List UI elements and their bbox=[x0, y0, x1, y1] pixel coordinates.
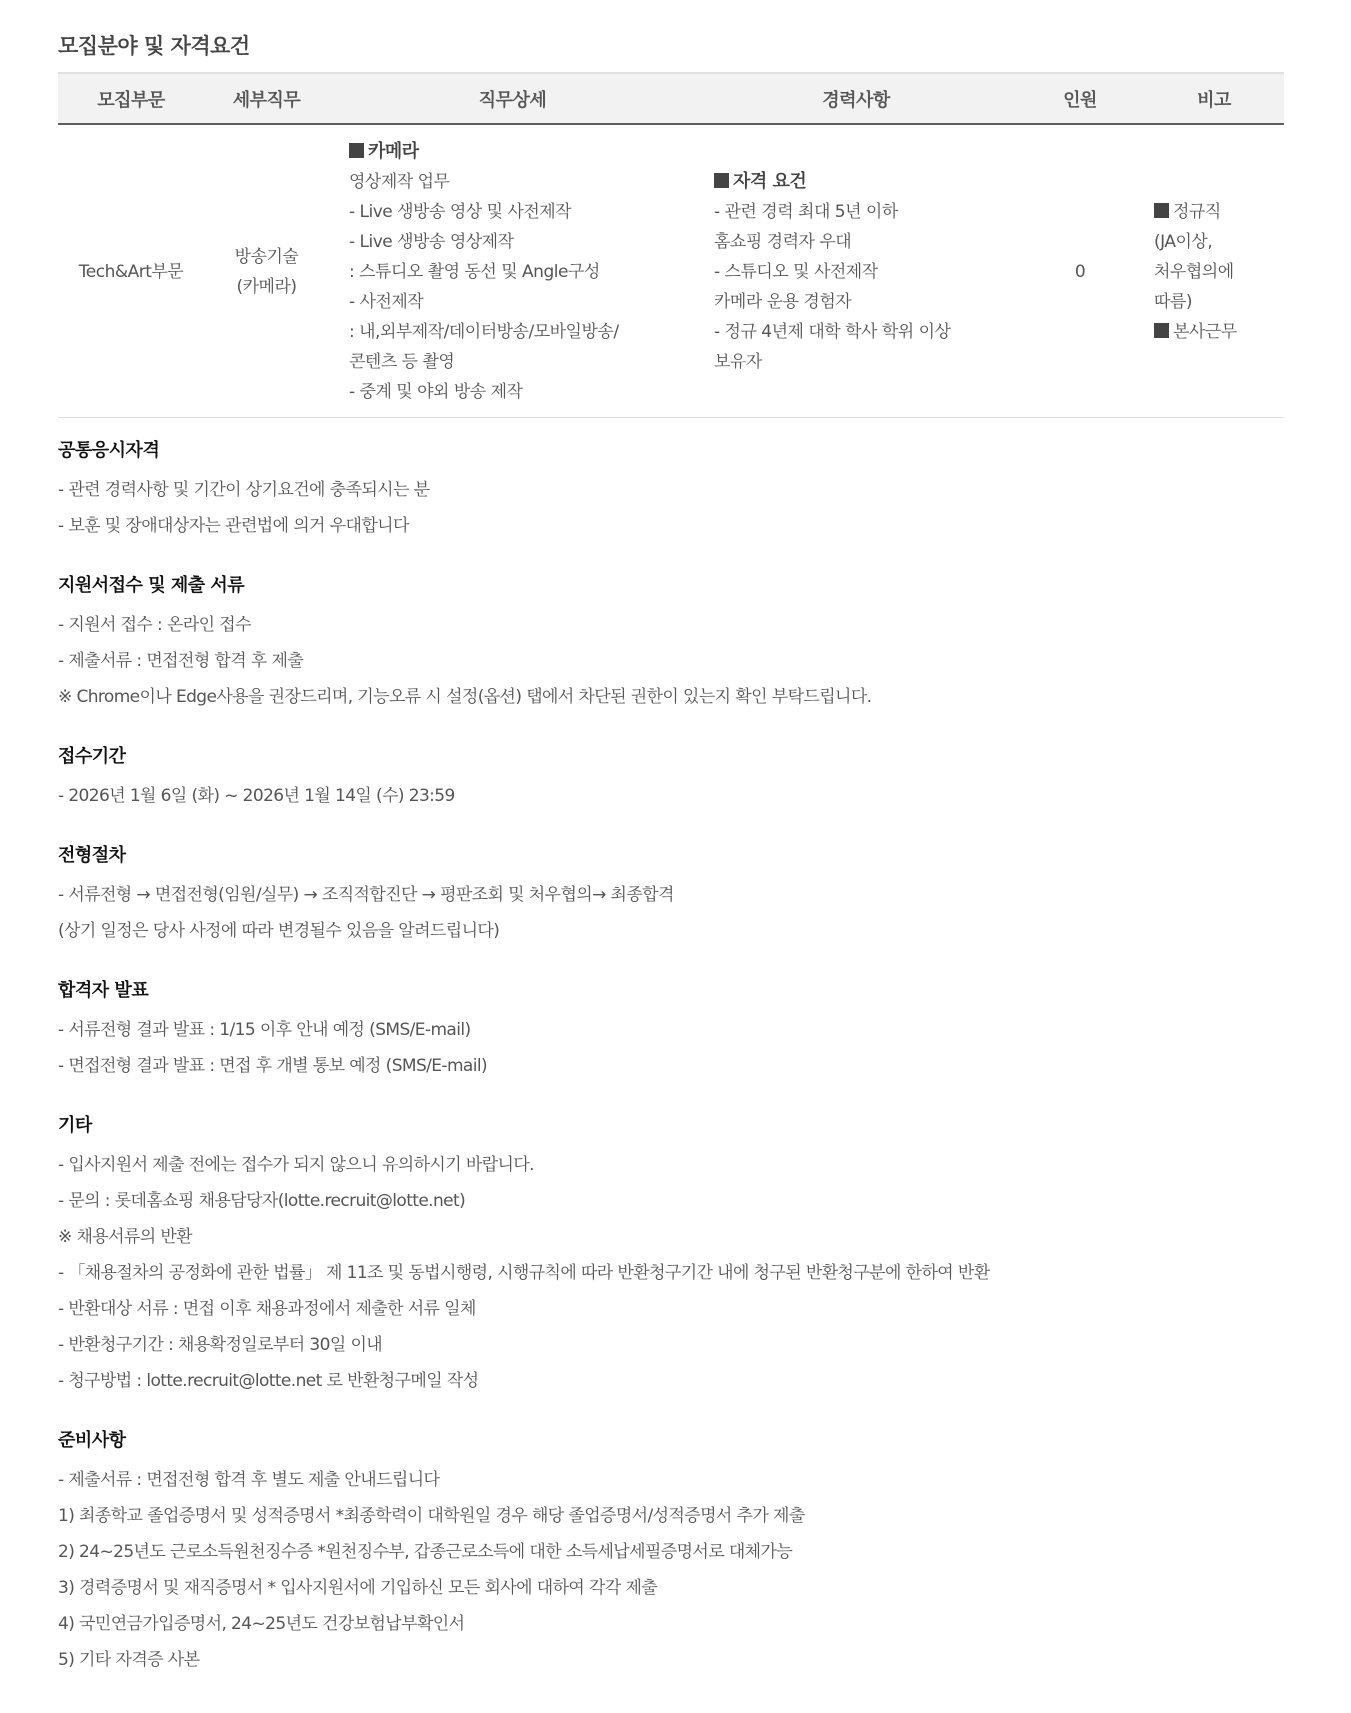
recruitment-table: 모집부문 세부직무 직무상세 경력사항 인원 비고 Tech&Art부문 방송기… bbox=[58, 72, 1284, 418]
header-division: 모집부문 bbox=[58, 73, 204, 124]
square-bullet-icon bbox=[714, 173, 729, 188]
detail-heading: 카메라 bbox=[349, 137, 696, 167]
section-selection-process: 전형절차 - 서류전형 → 면접전형(임원/실무) → 조직적합진단 → 평판조… bbox=[58, 841, 1284, 949]
section-line: ※ 채용서류의 반환 bbox=[58, 1219, 1284, 1255]
employment-type-detail: 따름) bbox=[1154, 287, 1284, 317]
section-line: - 서류전형 결과 발표 : 1/15 이후 안내 예정 (SMS/E-mail… bbox=[58, 1012, 1284, 1048]
section-line: - 청구방법 : lotte.recruit@lotte.net 로 반환청구메… bbox=[58, 1363, 1284, 1399]
section-title: 합격자 발표 bbox=[58, 976, 1284, 1012]
job-detail-cell: 카메라 영상제작 업무 - Live 생방송 영상 및 사전제작 - Live … bbox=[329, 124, 696, 418]
career-line: 카메라 운용 경험자 bbox=[714, 287, 1016, 317]
section-common-qualifications: 공통응시자격 - 관련 경력사항 및 기간이 상기요건에 충족되시는 분 - 보… bbox=[58, 436, 1284, 544]
section-title: 접수기간 bbox=[58, 742, 1284, 778]
detail-line: - 중계 및 야외 방송 제작 bbox=[349, 377, 696, 407]
section-line: 3) 경력증명서 및 재직증명서 * 입사지원서에 기입하신 모든 회사에 대하… bbox=[58, 1570, 1284, 1606]
section-line: - 제출서류 : 면접전형 합격 후 별도 제출 안내드립니다 bbox=[58, 1462, 1284, 1498]
career-line: - 스튜디오 및 사전제작 bbox=[714, 257, 1016, 287]
detail-line: : 스튜디오 촬영 동선 및 Angle구성 bbox=[349, 257, 696, 287]
section-title: 기타 bbox=[58, 1111, 1284, 1147]
career-line: - 관련 경력 최대 5년 이하 bbox=[714, 197, 1016, 227]
career-line: 홈쇼핑 경력자 우대 bbox=[714, 227, 1016, 257]
career-line: 보유자 bbox=[714, 347, 1016, 377]
header-career: 경력사항 bbox=[696, 73, 1016, 124]
header-headcount: 인원 bbox=[1016, 73, 1144, 124]
detail-line: - 사전제작 bbox=[349, 287, 696, 317]
section-line: (상기 일정은 당사 사정에 따라 변경될수 있음을 알려드립니다) bbox=[58, 913, 1284, 949]
employment-type-text: 정규직 bbox=[1173, 202, 1221, 222]
page-title: 모집분야 및 자격요건 bbox=[58, 30, 1284, 72]
square-bullet-icon bbox=[1154, 323, 1169, 338]
section-title: 공통응시자격 bbox=[58, 436, 1284, 472]
section-line: - 제출서류 : 면접전형 합격 후 제출 bbox=[58, 643, 1284, 679]
section-line: - 반환대상 서류 : 면접 이후 채용과정에서 제출한 서류 일체 bbox=[58, 1291, 1284, 1327]
section-preparation: 준비사항 - 제출서류 : 면접전형 합격 후 별도 제출 안내드립니다 1) … bbox=[58, 1426, 1284, 1678]
work-location: 본사근무 bbox=[1154, 317, 1284, 347]
header-sub-job: 세부직무 bbox=[204, 73, 329, 124]
table-header-row: 모집부문 세부직무 직무상세 경력사항 인원 비고 bbox=[58, 73, 1284, 124]
headcount-value: 0 bbox=[1075, 262, 1085, 282]
section-line: - 면접전형 결과 발표 : 면접 후 개별 통보 예정 (SMS/E-mail… bbox=[58, 1048, 1284, 1084]
headcount-cell: 0 bbox=[1016, 124, 1144, 418]
section-line: 4) 국민연금가입증명서, 24~25년도 건강보험납부확인서 bbox=[58, 1606, 1284, 1642]
square-bullet-icon bbox=[1154, 203, 1169, 218]
detail-line: - Live 생방송 영상 및 사전제작 bbox=[349, 197, 696, 227]
sub-job-line: 방송기술 bbox=[204, 242, 329, 272]
table-row: Tech&Art부문 방송기술 (카메라) 카메라 영상제작 업무 - Live… bbox=[58, 124, 1284, 418]
employment-type: 정규직 bbox=[1154, 197, 1284, 227]
work-location-text: 본사근무 bbox=[1173, 322, 1237, 342]
division-cell: Tech&Art부문 bbox=[58, 124, 204, 418]
employment-type-detail: (JA이상, bbox=[1154, 227, 1284, 257]
section-line: - 입사지원서 제출 전에는 접수가 되지 않으니 유의하시기 바랍니다. bbox=[58, 1147, 1284, 1183]
sub-job-cell: 방송기술 (카메라) bbox=[204, 124, 329, 418]
section-line: - 「채용절차의 공정화에 관한 법률」 제 11조 및 동법시행령, 시행규칙… bbox=[58, 1255, 1284, 1291]
section-application-documents: 지원서접수 및 제출 서류 - 지원서 접수 : 온라인 접수 - 제출서류 :… bbox=[58, 571, 1284, 715]
career-cell: 자격 요건 - 관련 경력 최대 5년 이하 홈쇼핑 경력자 우대 - 스튜디오… bbox=[696, 124, 1016, 418]
section-title: 준비사항 bbox=[58, 1426, 1284, 1462]
detail-line: : 내,외부제작/데이터방송/모바일방송/ bbox=[349, 317, 696, 347]
section-title: 지원서접수 및 제출 서류 bbox=[58, 571, 1284, 607]
career-line: - 정규 4년제 대학 학사 학위 이상 bbox=[714, 317, 1016, 347]
sub-job-line: (카메라) bbox=[204, 272, 329, 302]
section-line: ※ Chrome이나 Edge사용을 권장드리며, 기능오류 시 설정(옵션) … bbox=[58, 679, 1284, 715]
notes-cell: 정규직 (JA이상, 처우협의에 따름) 본사근무 bbox=[1144, 124, 1284, 418]
section-line: 1) 최종학교 졸업증명서 및 성적증명서 *최종학력이 대학원일 경우 해당 … bbox=[58, 1498, 1284, 1534]
recruitment-page: 모집분야 및 자격요건 모집부문 세부직무 직무상세 경력사항 인원 비고 Te… bbox=[58, 30, 1284, 1678]
section-result-announcement: 합격자 발표 - 서류전형 결과 발표 : 1/15 이후 안내 예정 (SMS… bbox=[58, 976, 1284, 1084]
career-heading-text: 자격 요건 bbox=[733, 171, 806, 192]
section-title: 전형절차 bbox=[58, 841, 1284, 877]
division-text: Tech&Art부문 bbox=[79, 262, 183, 282]
header-notes: 비고 bbox=[1144, 73, 1284, 124]
contact-line: - 문의 : 롯데홈쇼핑 채용담당자(lotte.recruit@lotte.n… bbox=[58, 1183, 1284, 1219]
section-application-period: 접수기간 - 2026년 1월 6일 (화) ~ 2026년 1월 14일 (수… bbox=[58, 742, 1284, 814]
section-line: - 반환청구기간 : 채용확정일로부터 30일 이내 bbox=[58, 1327, 1284, 1363]
section-line: - 서류전형 → 면접전형(임원/실무) → 조직적합진단 → 평판조회 및 처… bbox=[58, 877, 1284, 913]
section-line: - 보훈 및 장애대상자는 관련법에 의거 우대합니다 bbox=[58, 508, 1284, 544]
square-bullet-icon bbox=[349, 143, 364, 158]
section-line: 2) 24~25년도 근로소득원천징수증 *원천징수부, 갑종근로소득에 대한 … bbox=[58, 1534, 1284, 1570]
detail-line: 콘텐츠 등 촬영 bbox=[349, 347, 696, 377]
section-line: 5) 기타 자격증 사본 bbox=[58, 1642, 1284, 1678]
section-line: - 지원서 접수 : 온라인 접수 bbox=[58, 607, 1284, 643]
career-heading: 자격 요건 bbox=[714, 167, 1016, 197]
detail-heading-text: 카메라 bbox=[368, 141, 419, 162]
section-line: - 관련 경력사항 및 기간이 상기요건에 충족되시는 분 bbox=[58, 472, 1284, 508]
header-job-detail: 직무상세 bbox=[329, 73, 696, 124]
section-line: - 2026년 1월 6일 (화) ~ 2026년 1월 14일 (수) 23:… bbox=[58, 778, 1284, 814]
employment-type-detail: 처우협의에 bbox=[1154, 257, 1284, 287]
detail-line: - Live 생방송 영상제작 bbox=[349, 227, 696, 257]
detail-line: 영상제작 업무 bbox=[349, 167, 696, 197]
section-etc: 기타 - 입사지원서 제출 전에는 접수가 되지 않으니 유의하시기 바랍니다.… bbox=[58, 1111, 1284, 1399]
